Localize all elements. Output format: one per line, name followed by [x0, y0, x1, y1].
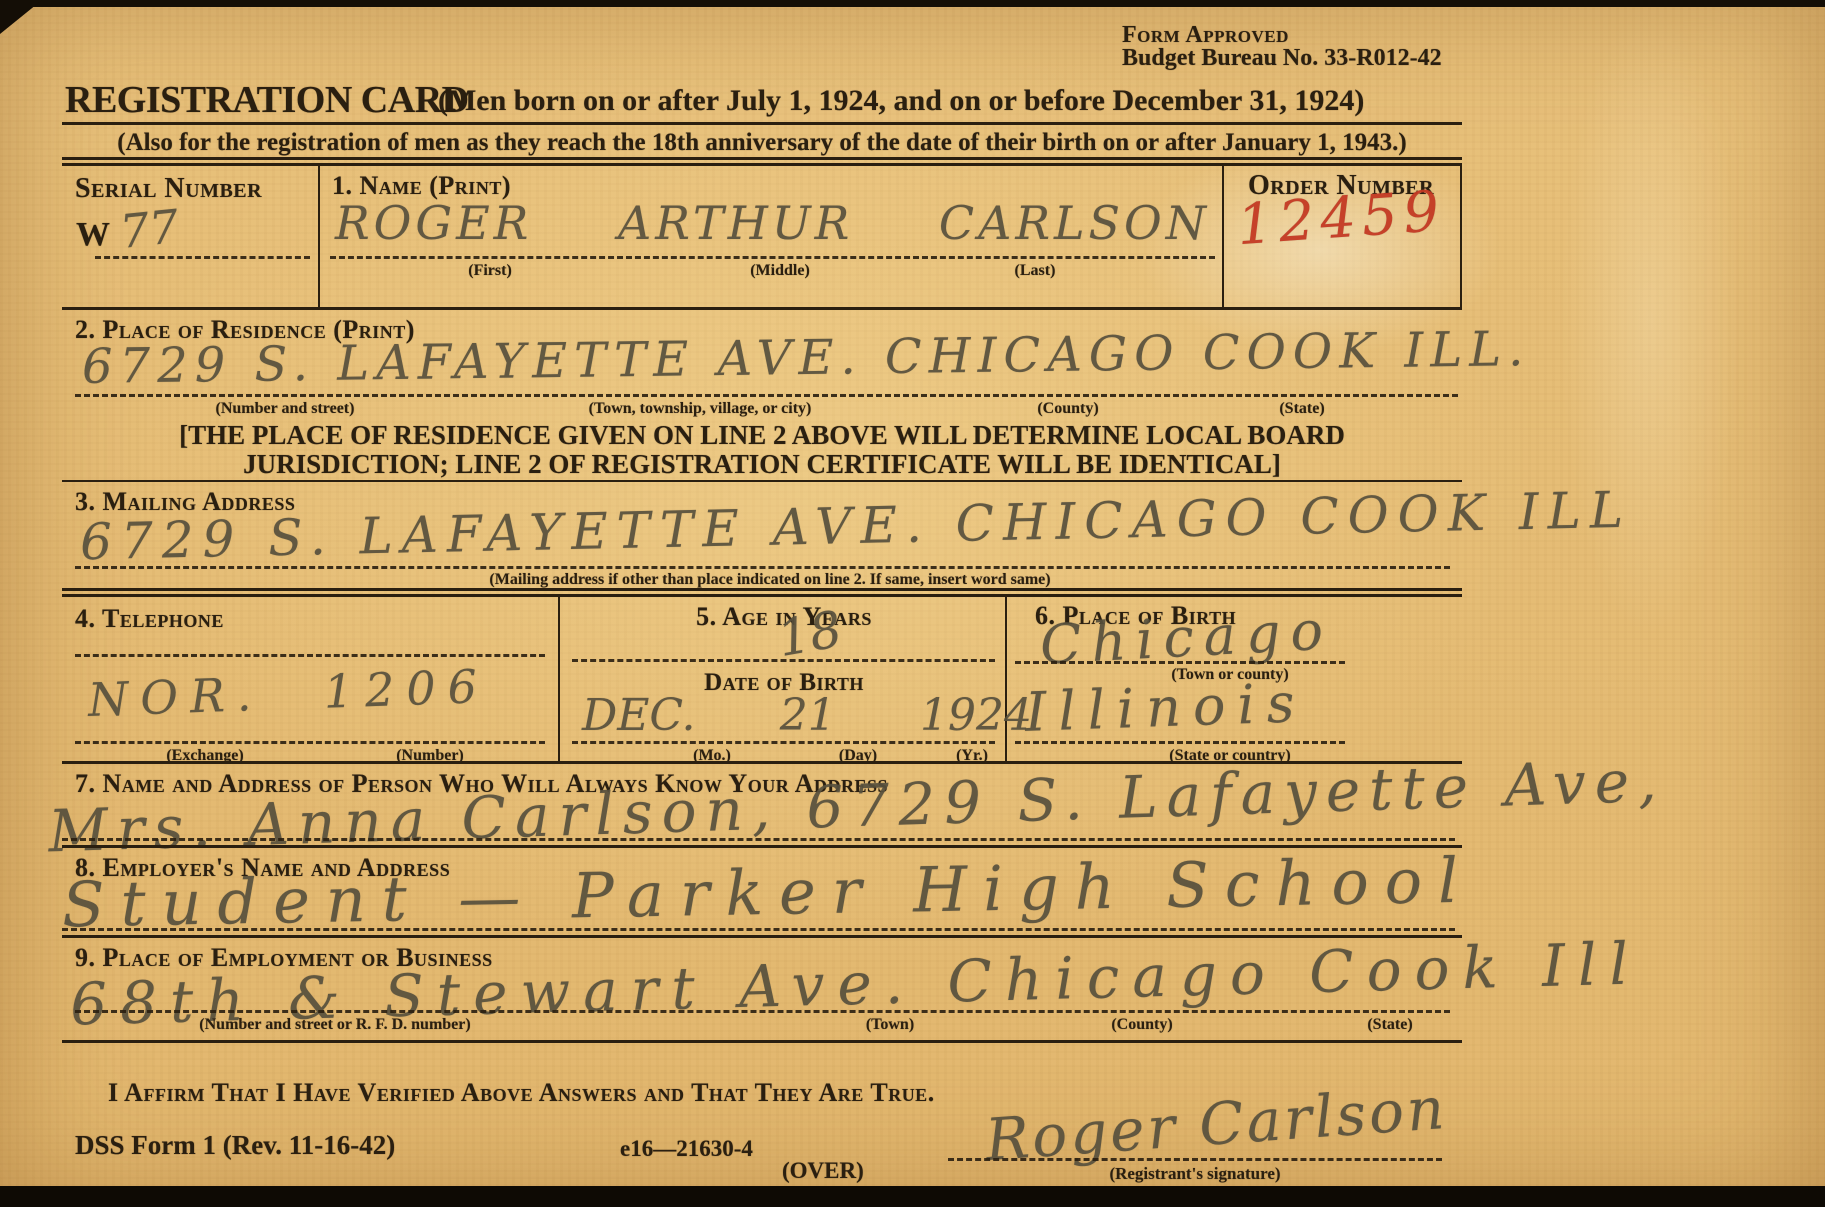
employment-sub-town: (Town)	[830, 1016, 950, 1034]
top-edge-bar	[0, 0, 1825, 7]
signature-sub: (Registrant's signature)	[1045, 1164, 1345, 1184]
mailing-value: 6729 S. LAFAYETTE AVE. CHICAGO COOK ILL	[80, 481, 1633, 571]
age-value: 18	[773, 600, 846, 668]
residence-notice-line1: [THE PLACE OF RESIDENCE GIVEN ON LINE 2 …	[62, 420, 1462, 451]
dob-value: DEC. 21 1924	[582, 690, 1032, 741]
form-id: DSS Form 1 (Rev. 11-16-42)	[75, 1130, 395, 1161]
name-middle: ARTHUR	[618, 196, 853, 250]
bottom-edge-bar	[0, 1186, 1825, 1207]
affirmation-text: I Affirm That I Have Verified Above Answ…	[108, 1078, 935, 1108]
telephone-number: 1206	[323, 659, 490, 719]
serial-prefix: W	[76, 216, 110, 254]
row6-bottom-rule	[62, 935, 1462, 938]
residence-dotted-rule	[75, 394, 1458, 397]
name-value: ROGER ARTHUR CARLSON	[335, 196, 1210, 250]
residence-sub-state: (State)	[1252, 400, 1352, 418]
employment-dotted-rule	[75, 1010, 1450, 1013]
header-double-rule	[62, 157, 1462, 166]
employer-dotted-rule	[62, 928, 1455, 931]
contact-dotted-rule	[62, 838, 1455, 841]
row2-bottom-rule	[62, 480, 1462, 482]
signature-dotted-rule	[948, 1158, 1442, 1161]
residence-sub-town: (Town, township, village, or city)	[560, 400, 840, 418]
residence-sub-street: (Number and street)	[185, 400, 385, 418]
residence-sub-county: (County)	[1008, 400, 1128, 418]
telephone-exchange: NOR.	[87, 667, 264, 727]
divider-serial-name	[318, 166, 320, 307]
telephone-dotted-rule	[75, 741, 545, 744]
mailing-double-rule	[62, 588, 1462, 597]
print-code: e16—21630-4	[620, 1136, 753, 1162]
mailing-sub: (Mailing address if other than place ind…	[400, 571, 1140, 589]
name-sub-middle: (Middle)	[710, 262, 850, 280]
over-note: (OVER)	[782, 1158, 864, 1184]
row7-bottom-rule	[62, 1040, 1462, 1043]
row1-bottom-rule	[62, 307, 1462, 310]
subtitle: (Also for the registration of men as the…	[62, 122, 1462, 162]
employment-sub-street: (Number and street or R. F. D. number)	[160, 1016, 510, 1034]
employment-sub-state: (State)	[1330, 1016, 1450, 1034]
residence-notice-line2: JURISDICTION; LINE 2 OF REGISTRATION CER…	[62, 449, 1462, 480]
dob-dotted-rule	[572, 741, 995, 744]
telephone-label: 4. Telephone	[75, 604, 224, 634]
order-number-value: 12459	[1235, 179, 1447, 258]
age-dotted-rule	[572, 659, 995, 662]
mailing-dotted-rule	[75, 566, 1450, 569]
birth-state-value: Illinois	[1024, 671, 1307, 744]
birth-state-dotted-rule	[1015, 741, 1345, 744]
divider-tel-age	[558, 597, 560, 761]
telephone-blank-rule	[75, 654, 545, 657]
birth-town-dotted-rule	[1015, 661, 1345, 664]
page-title: REGISTRATION CARD	[65, 78, 469, 122]
approval-line2: Budget Bureau No. 33-R012-42	[1122, 45, 1442, 72]
name-last: CARLSON	[939, 196, 1210, 250]
title-note: (Men born on or after July 1, 1924, and …	[438, 84, 1364, 118]
name-sub-first: (First)	[420, 262, 560, 280]
telephone-value: NOR. 1206	[87, 659, 490, 727]
name-first: ROGER	[335, 196, 532, 250]
serial-dotted-rule	[95, 256, 310, 259]
order-box-right-border	[1460, 166, 1462, 307]
employment-sub-county: (County)	[1082, 1016, 1202, 1034]
dob-day: 21	[780, 690, 836, 741]
dob-month: DEC.	[582, 690, 695, 741]
registration-card: Form Approved Budget Bureau No. 33-R012-…	[0, 0, 1825, 1207]
serial-value: 77	[117, 199, 181, 259]
name-sub-last: (Last)	[965, 262, 1105, 280]
name-dotted-rule	[330, 256, 1215, 259]
dob-year: 1924	[920, 690, 1032, 741]
